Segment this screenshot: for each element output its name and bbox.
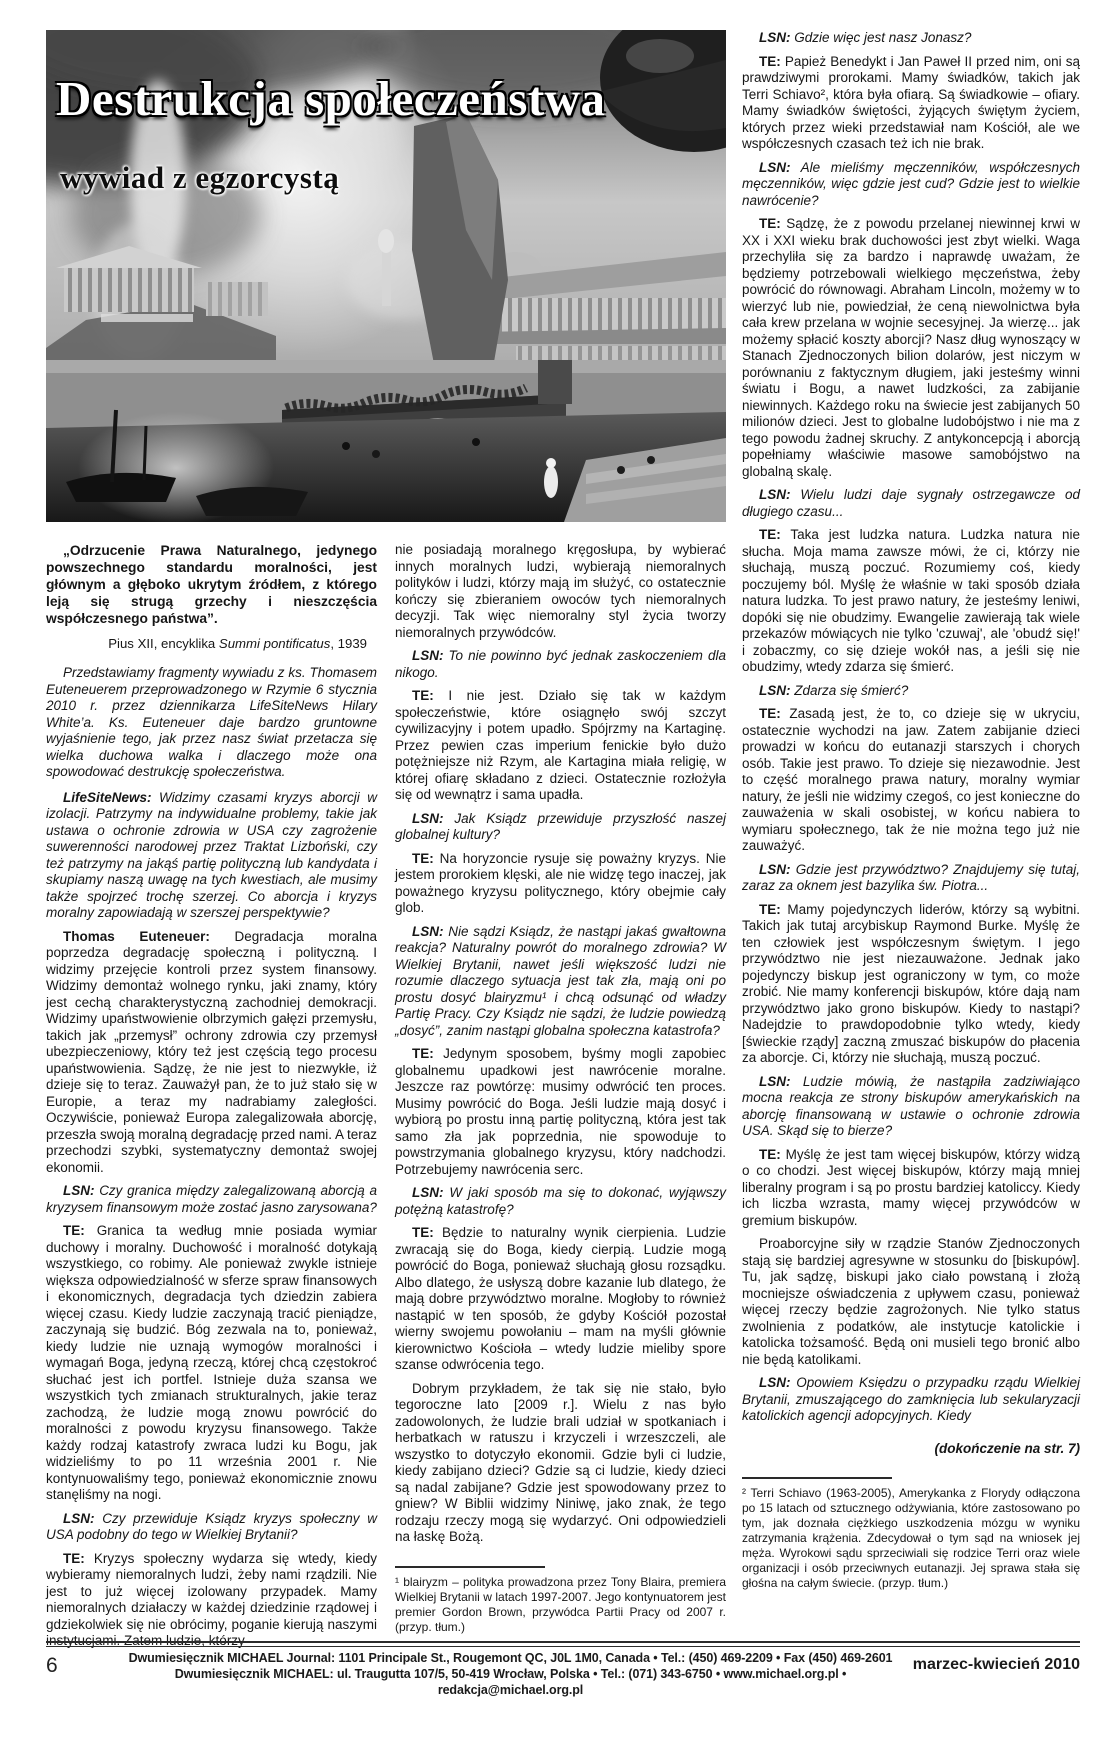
opening-quote: „Odrzucenie Prawa Naturalnego, jedynego … — [46, 542, 377, 627]
interview-answer: TE: Będzie to naturalny wynik cierpienia… — [395, 1225, 726, 1374]
speaker-label: LSN: — [759, 1074, 791, 1089]
attribution-encyclical: Summi pontificatus — [219, 636, 330, 651]
interview-question: LSN: Jak Ksiądz przewiduje przyszłość na… — [395, 811, 726, 844]
paragraph-continued: nie posiadają moralnego kręgosłupa, by w… — [395, 542, 726, 641]
speaker-label: TE: — [759, 1147, 781, 1162]
paragraph-text: I nie jest. Działo się tak w każdym społ… — [395, 688, 726, 802]
speaker-label: LSN: — [412, 1185, 444, 1200]
paragraph-text: Granica ta według mnie posiada wymiar du… — [46, 1223, 377, 1502]
interview-question: LSN: W jaki sposób ma się to dokonać, wy… — [395, 1185, 726, 1218]
speaker-label: TE: — [759, 706, 781, 721]
page: Destrukcja społeczeństwa wywiad z egzorc… — [0, 0, 1118, 1751]
speaker-label: TE: — [412, 851, 434, 866]
paragraph-text: Jedynym sposobem, byśmy mogli zapobiec g… — [395, 1046, 726, 1177]
paragraph-text: nie posiadają moralnego kręgosłupa, by w… — [395, 542, 726, 640]
paragraph: Dobrym przykładem, że tak się nie stało,… — [395, 1381, 726, 1546]
interview-question: LSN: To nie powinno być jednak zaskoczen… — [395, 648, 726, 681]
speaker-label: LifeSiteNews: — [63, 790, 152, 805]
speaker-label: TE: — [412, 688, 434, 703]
speaker-label: LSN: — [63, 1511, 95, 1526]
speaker-label: LSN: — [759, 862, 791, 877]
paragraph-text: Zdarza się śmierć? — [794, 683, 908, 698]
text-columns: „Odrzucenie Prawa Naturalnego, jedynego … — [46, 542, 726, 1657]
interview-answer: Thomas Euteneuer: Degradacja moralna pop… — [46, 929, 377, 1177]
interview-answer: TE: Mamy pojedynczych liderów, którzy są… — [742, 902, 1080, 1067]
paragraph-text: Ludzie mówią, że nastąpiła zadziwiająco … — [742, 1074, 1080, 1139]
speaker-label: TE: — [412, 1225, 434, 1240]
interview-answer: TE: Myślę że jest tam więcej biskupów, k… — [742, 1147, 1080, 1230]
quote-attribution: Pius XII, encyklika Summi pontificatus, … — [46, 636, 367, 652]
interview-answer: TE: I nie jest. Działo się tak w każdym … — [395, 688, 726, 804]
speaker-label: TE: — [63, 1223, 85, 1238]
speaker-label: LSN: — [759, 30, 791, 45]
attribution-author: Pius XII, encyklika — [108, 636, 219, 651]
footer-row: 6 Dwumiesięcznik MICHAEL Journal: 1101 P… — [46, 1650, 1080, 1698]
interview-answer: TE: Jedynym sposobem, byśmy mogli zapobi… — [395, 1046, 726, 1178]
interview-answer: TE: Granica ta według mnie posiada wymia… — [46, 1223, 377, 1504]
paragraph-text: Degradacja moralna poprzedza degradację … — [46, 929, 377, 1175]
paragraph-text: Myślę że jest tam więcej biskupów, którz… — [742, 1147, 1080, 1228]
footnote: ¹ blairyzm – polityka prowadzona przez T… — [395, 1566, 726, 1635]
article-header: Destrukcja społeczeństwa wywiad z egzorc… — [46, 30, 726, 522]
article-subtitle: wywiad z egzorcystą — [60, 160, 339, 196]
interview-answer: TE: Na horyzoncie rysuje się poważny kry… — [395, 851, 726, 917]
speaker-label: LSN: — [412, 811, 444, 826]
paragraph-text: Mamy pojedynczych liderów, którzy są wyb… — [742, 902, 1080, 1066]
column-2: nie posiadają moralnego kręgosłupa, by w… — [395, 542, 726, 1657]
paragraph-text: Zasadą jest, że to, co dzieje się w ukry… — [742, 706, 1080, 853]
interview-answer: TE: Kryzys społeczny wydarza się wtedy, … — [46, 1551, 377, 1650]
speaker-label: LSN: — [412, 924, 444, 939]
publisher-info: Dwumiesięcznik MICHAEL Journal: 1101 Pri… — [116, 1650, 905, 1698]
speaker-label: TE: — [759, 527, 781, 542]
paragraph-text: Kryzys społeczny wydarza się wtedy, kied… — [46, 1551, 377, 1649]
paragraph-text: (dokończenie na str. 7) — [934, 1441, 1080, 1456]
interview-question: LSN: Ale mieliśmy męczenników, współczes… — [742, 160, 1080, 210]
paragraph-text: Będzie to naturalny wynik cierpienia. Lu… — [395, 1225, 726, 1372]
paragraph-text: Na horyzoncie rysuje się poważny kryzys.… — [395, 851, 726, 916]
paragraph-text: Widzimy czasami kryzys aborcji w izolacj… — [46, 790, 377, 921]
column-3: LSN: Gdzie więc jest nasz Jonasz?TE: Pap… — [742, 30, 1080, 1657]
interview-question: LSN: Opowiem Księdzu o przypadku rządu W… — [742, 1375, 1080, 1425]
paragraph-text: Taka jest ludzka natura. Ludzka natura n… — [742, 527, 1080, 674]
speaker-label: LSN: — [759, 160, 791, 175]
footer-rule — [46, 1641, 1080, 1647]
paragraph-text: Jak Ksiądz przewiduje przyszłość naszej … — [395, 811, 726, 843]
speaker-label: LSN: — [759, 683, 791, 698]
paragraph-text: W jaki sposób ma się to dokonać, wyjąwsz… — [395, 1185, 726, 1217]
intro-paragraph: Przedstawiamy fragmenty wywiadu z ks. Th… — [46, 665, 377, 781]
interview-answer: TE: Sądzę, że z powodu przelanej niewinn… — [742, 216, 1080, 480]
interview-answer: TE: Papież Benedykt i Jan Paweł II przed… — [742, 54, 1080, 153]
interview-question: LSN: Nie sądzi Ksiądz, że nastąpi jakaś … — [395, 924, 726, 1040]
interview-answer: TE: Taka jest ludzka natura. Ludzka natu… — [742, 527, 1080, 676]
speaker-label: LSN: — [759, 487, 791, 502]
speaker-label: TE: — [412, 1046, 434, 1061]
interview-question: LSN: Czy granica między zalegalizowaną a… — [46, 1183, 377, 1216]
speaker-label: LSN: — [759, 1375, 791, 1390]
interview-question: LifeSiteNews: Widzimy czasami kryzys abo… — [46, 790, 377, 922]
speaker-label: TE: — [759, 54, 781, 69]
paragraph-text: Gdzie więc jest nasz Jonasz? — [794, 30, 971, 45]
interview-question: LSN: Czy przewiduje Ksiądz kryzys społec… — [46, 1511, 377, 1544]
page-number: 6 — [46, 1650, 116, 1678]
paragraph-text: Wielu ludzi daje sygnały ostrzegawcze od… — [742, 487, 1080, 519]
paragraph-text: Gdzie jest przywództwo? Znajdujemy się t… — [742, 862, 1080, 894]
paragraph-text: Ale mieliśmy męczenników, współczesnych … — [742, 160, 1080, 208]
paragraph-text: ² Terri Schiavo (1963-2005), Amerykanka … — [742, 1486, 1080, 1590]
paragraph: Proaborcyjne siły w rządzie Stanów Zjedn… — [742, 1236, 1080, 1368]
page-footer: 6 Dwumiesięcznik MICHAEL Journal: 1101 P… — [46, 1641, 1080, 1698]
interview-question: LSN: Ludzie mówią, że nastąpiła zadziwia… — [742, 1074, 1080, 1140]
speaker-label: Thomas Euteneuer: — [63, 929, 210, 944]
speaker-label: TE: — [759, 902, 781, 917]
paragraph-text: Czy granica między zalegalizowaną aborcj… — [46, 1183, 377, 1215]
paragraph-text: Czy przewiduje Ksiądz kryzys społeczny w… — [46, 1511, 377, 1543]
paragraph-text: ¹ blairyzm – polityka prowadzona przez T… — [395, 1575, 726, 1634]
paragraph-text: Dobrym przykładem, że tak się nie stało,… — [395, 1381, 726, 1545]
footnote: ² Terri Schiavo (1963-2005), Amerykanka … — [742, 1477, 1080, 1591]
article-title: Destrukcja społeczeństwa — [56, 70, 706, 127]
column-1-blocks: LifeSiteNews: Widzimy czasami kryzys abo… — [46, 790, 377, 1650]
interview-question: LSN: Zdarza się śmierć? — [742, 683, 1080, 700]
left-two-columns: Destrukcja społeczeństwa wywiad z egzorc… — [46, 30, 726, 1657]
newspaper-page: { "header": { "title": "Destrukcja społe… — [0, 0, 1118, 1751]
interview-answer: TE: Zasadą jest, że to, co dzieje się w … — [742, 706, 1080, 855]
speaker-label: LSN: — [412, 648, 444, 663]
paragraph-text: To nie powinno być jednak zaskoczeniem d… — [395, 648, 726, 680]
paragraph-text: Nie sądzi Ksiądz, że nastąpi jakaś gwałt… — [395, 924, 726, 1038]
speaker-label: TE: — [759, 216, 781, 231]
continuation-note: (dokończenie na str. 7) — [742, 1441, 1080, 1458]
column-1: „Odrzucenie Prawa Naturalnego, jedynego … — [46, 542, 377, 1657]
publisher-info-line-1: Dwumiesięcznik MICHAEL Journal: 1101 Pri… — [116, 1650, 905, 1666]
paragraph-text: Opowiem Księdzu o przypadku rządu Wielki… — [742, 1375, 1080, 1423]
paragraph-text: Proaborcyjne siły w rządzie Stanów Zjedn… — [742, 1236, 1080, 1367]
speaker-label: LSN: — [63, 1183, 95, 1198]
issue-date: marzec-kwiecień 2010 — [905, 1650, 1080, 1674]
interview-question: LSN: Wielu ludzi daje sygnały ostrzegawc… — [742, 487, 1080, 520]
attribution-year: , 1939 — [330, 636, 367, 651]
paragraph-text: Sądzę, że z powodu przelanej niewinnej k… — [742, 216, 1080, 479]
main-content: Destrukcja społeczeństwa wywiad z egzorc… — [46, 30, 1080, 1657]
paragraph-text: Papież Benedykt i Jan Paweł II przed nim… — [742, 54, 1080, 152]
speaker-label: TE: — [63, 1551, 85, 1566]
interview-question: LSN: Gdzie jest przywództwo? Znajdujemy … — [742, 862, 1080, 895]
publisher-info-line-2: Dwumiesięcznik MICHAEL: ul. Traugutta 10… — [116, 1666, 905, 1698]
interview-question: LSN: Gdzie więc jest nasz Jonasz? — [742, 30, 1080, 47]
